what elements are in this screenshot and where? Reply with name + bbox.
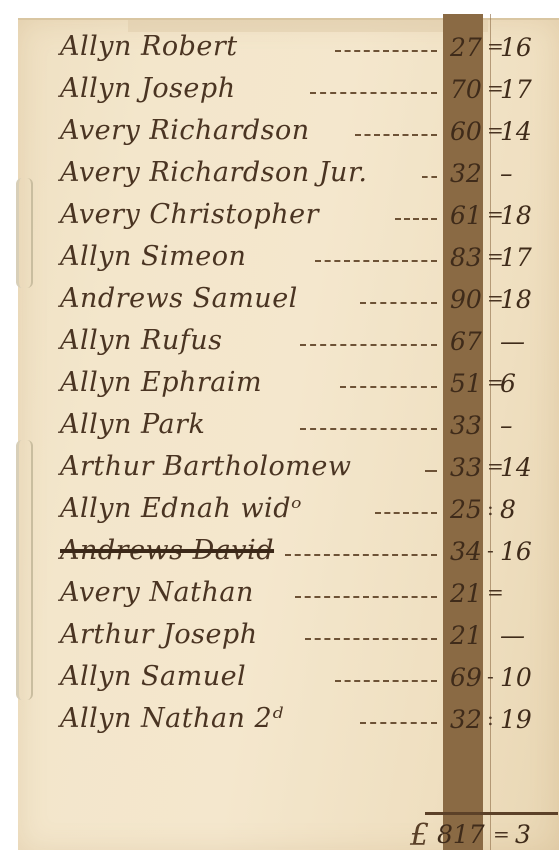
- entry-shillings: 18: [500, 201, 548, 230]
- entry-pounds: 70: [450, 75, 490, 104]
- ledger-row: Avery Christopher 61 = 18: [0, 192, 559, 234]
- entry-shillings: 6: [500, 369, 548, 398]
- separator: -: [487, 664, 494, 688]
- entry-name: Avery Richardson: [60, 115, 310, 146]
- ledger-row: Allyn Ephraim 51 = 6: [0, 360, 559, 402]
- dash-leader: [300, 428, 437, 430]
- separator: :: [487, 496, 494, 520]
- ledger-row: Allyn Robert 27 = 16: [0, 24, 559, 66]
- entry-name: Allyn Ednah widᵒ: [60, 493, 302, 524]
- entry-pounds: 27: [450, 33, 490, 62]
- ledger-row: Avery Nathan 21 =: [0, 570, 559, 612]
- entry-pounds: 25: [450, 495, 490, 524]
- dash-leader: [422, 176, 437, 178]
- entry-pounds: 51: [450, 369, 490, 398]
- entry-pounds: 21: [450, 621, 490, 650]
- entry-shillings: 16: [500, 33, 548, 62]
- entry-pounds: 83: [450, 243, 490, 272]
- total-shillings: 3: [515, 820, 531, 849]
- separator: =: [487, 580, 504, 604]
- dash-leader: [395, 218, 437, 220]
- ledger-row: Allyn Rufus 67 —: [0, 318, 559, 360]
- ledger-row: Arthur Bartholomew 33 = 14: [0, 444, 559, 486]
- ledger-row: Andrews David 34 - 16: [0, 528, 559, 570]
- dash-leader: [295, 596, 437, 598]
- entry-name: Avery Richardson Jur.: [60, 157, 367, 188]
- dash-leader: [340, 386, 437, 388]
- entry-name: Arthur Joseph: [60, 619, 258, 650]
- entry-shillings: 14: [500, 453, 548, 482]
- entry-name: Avery Nathan: [60, 577, 254, 608]
- separator: -: [487, 538, 494, 562]
- dash-leader: [375, 512, 437, 514]
- dash-leader: [305, 638, 437, 640]
- dash-leader: [300, 344, 437, 346]
- ledger-row: Allyn Joseph 70 = 17: [0, 66, 559, 108]
- entry-name: Allyn Ephraim: [60, 367, 262, 398]
- dash-leader: [285, 554, 437, 556]
- dash-leader: [335, 50, 437, 52]
- entry-name: Allyn Park: [60, 409, 205, 440]
- dash-leader: [360, 722, 437, 724]
- entry-shillings: –: [500, 159, 548, 188]
- entry-shillings: 14: [500, 117, 548, 146]
- entry-pounds: 67: [450, 327, 490, 356]
- entry-name: Arthur Bartholomew: [60, 451, 351, 482]
- entry-shillings: 17: [500, 75, 548, 104]
- entry-shillings: 10: [500, 663, 548, 692]
- entry-name: Allyn Nathan 2ᵈ: [60, 703, 284, 734]
- separator: :: [487, 706, 494, 730]
- dash-leader: [335, 680, 437, 682]
- dash-leader: [425, 470, 437, 472]
- entry-shillings: —: [500, 327, 548, 356]
- entry-name: Allyn Joseph: [60, 73, 236, 104]
- ledger-row: Avery Richardson Jur. 32 –: [0, 150, 559, 192]
- dash-leader: [315, 260, 437, 262]
- ledger-row: Allyn Park 33 –: [0, 402, 559, 444]
- entry-name: Allyn Samuel: [60, 661, 246, 692]
- ledger-row: Allyn Nathan 2ᵈ 32 : 19: [0, 696, 559, 738]
- entry-pounds: 34: [450, 537, 490, 566]
- dash-leader: [360, 302, 437, 304]
- entry-pounds: 32: [450, 159, 490, 188]
- ledger-row: Allyn Ednah widᵒ 25 : 8: [0, 486, 559, 528]
- entry-shillings: –: [500, 411, 548, 440]
- ledger-row: Avery Richardson 60 = 14: [0, 108, 559, 150]
- ledger-row: Arthur Joseph 21 —: [0, 612, 559, 654]
- separator: =: [493, 822, 510, 846]
- ledger-row: Andrews Samuel 90 = 18: [0, 276, 559, 318]
- total-underline: [425, 812, 558, 815]
- pound-sign-icon: £: [410, 818, 429, 850]
- entry-name: Allyn Rufus: [60, 325, 222, 356]
- entry-shillings: 18: [500, 285, 548, 314]
- entry-name: Allyn Simeon: [60, 241, 246, 272]
- ledger-scan: Allyn Robert 27 = 16 Allyn Joseph 70 = 1…: [0, 0, 559, 850]
- entry-pounds: 69: [450, 663, 490, 692]
- ledger-row: Allyn Simeon 83 = 17: [0, 234, 559, 276]
- dash-leader: [310, 92, 437, 94]
- dash-leader: [355, 134, 437, 136]
- entry-shillings: 8: [500, 495, 548, 524]
- entry-name-struck-through: Andrews David: [60, 535, 274, 566]
- entry-pounds: 33: [450, 411, 490, 440]
- entry-pounds: 21: [450, 579, 490, 608]
- total-pounds: 817: [437, 820, 485, 849]
- ledger-total: £ 817 = 3: [0, 818, 559, 850]
- entry-shillings: 17: [500, 243, 548, 272]
- entry-pounds: 33: [450, 453, 490, 482]
- entry-pounds: 60: [450, 117, 490, 146]
- entry-shillings: 16: [500, 537, 548, 566]
- ledger-row: Allyn Samuel 69 - 10: [0, 654, 559, 696]
- entry-name: Allyn Robert: [60, 31, 238, 62]
- entry-pounds: 32: [450, 705, 490, 734]
- entry-name: Andrews Samuel: [60, 283, 298, 314]
- entry-shillings: 19: [500, 705, 548, 734]
- entry-pounds: 61: [450, 201, 490, 230]
- entry-pounds: 90: [450, 285, 490, 314]
- entry-shillings: —: [500, 621, 548, 650]
- entry-name: Avery Christopher: [60, 199, 319, 230]
